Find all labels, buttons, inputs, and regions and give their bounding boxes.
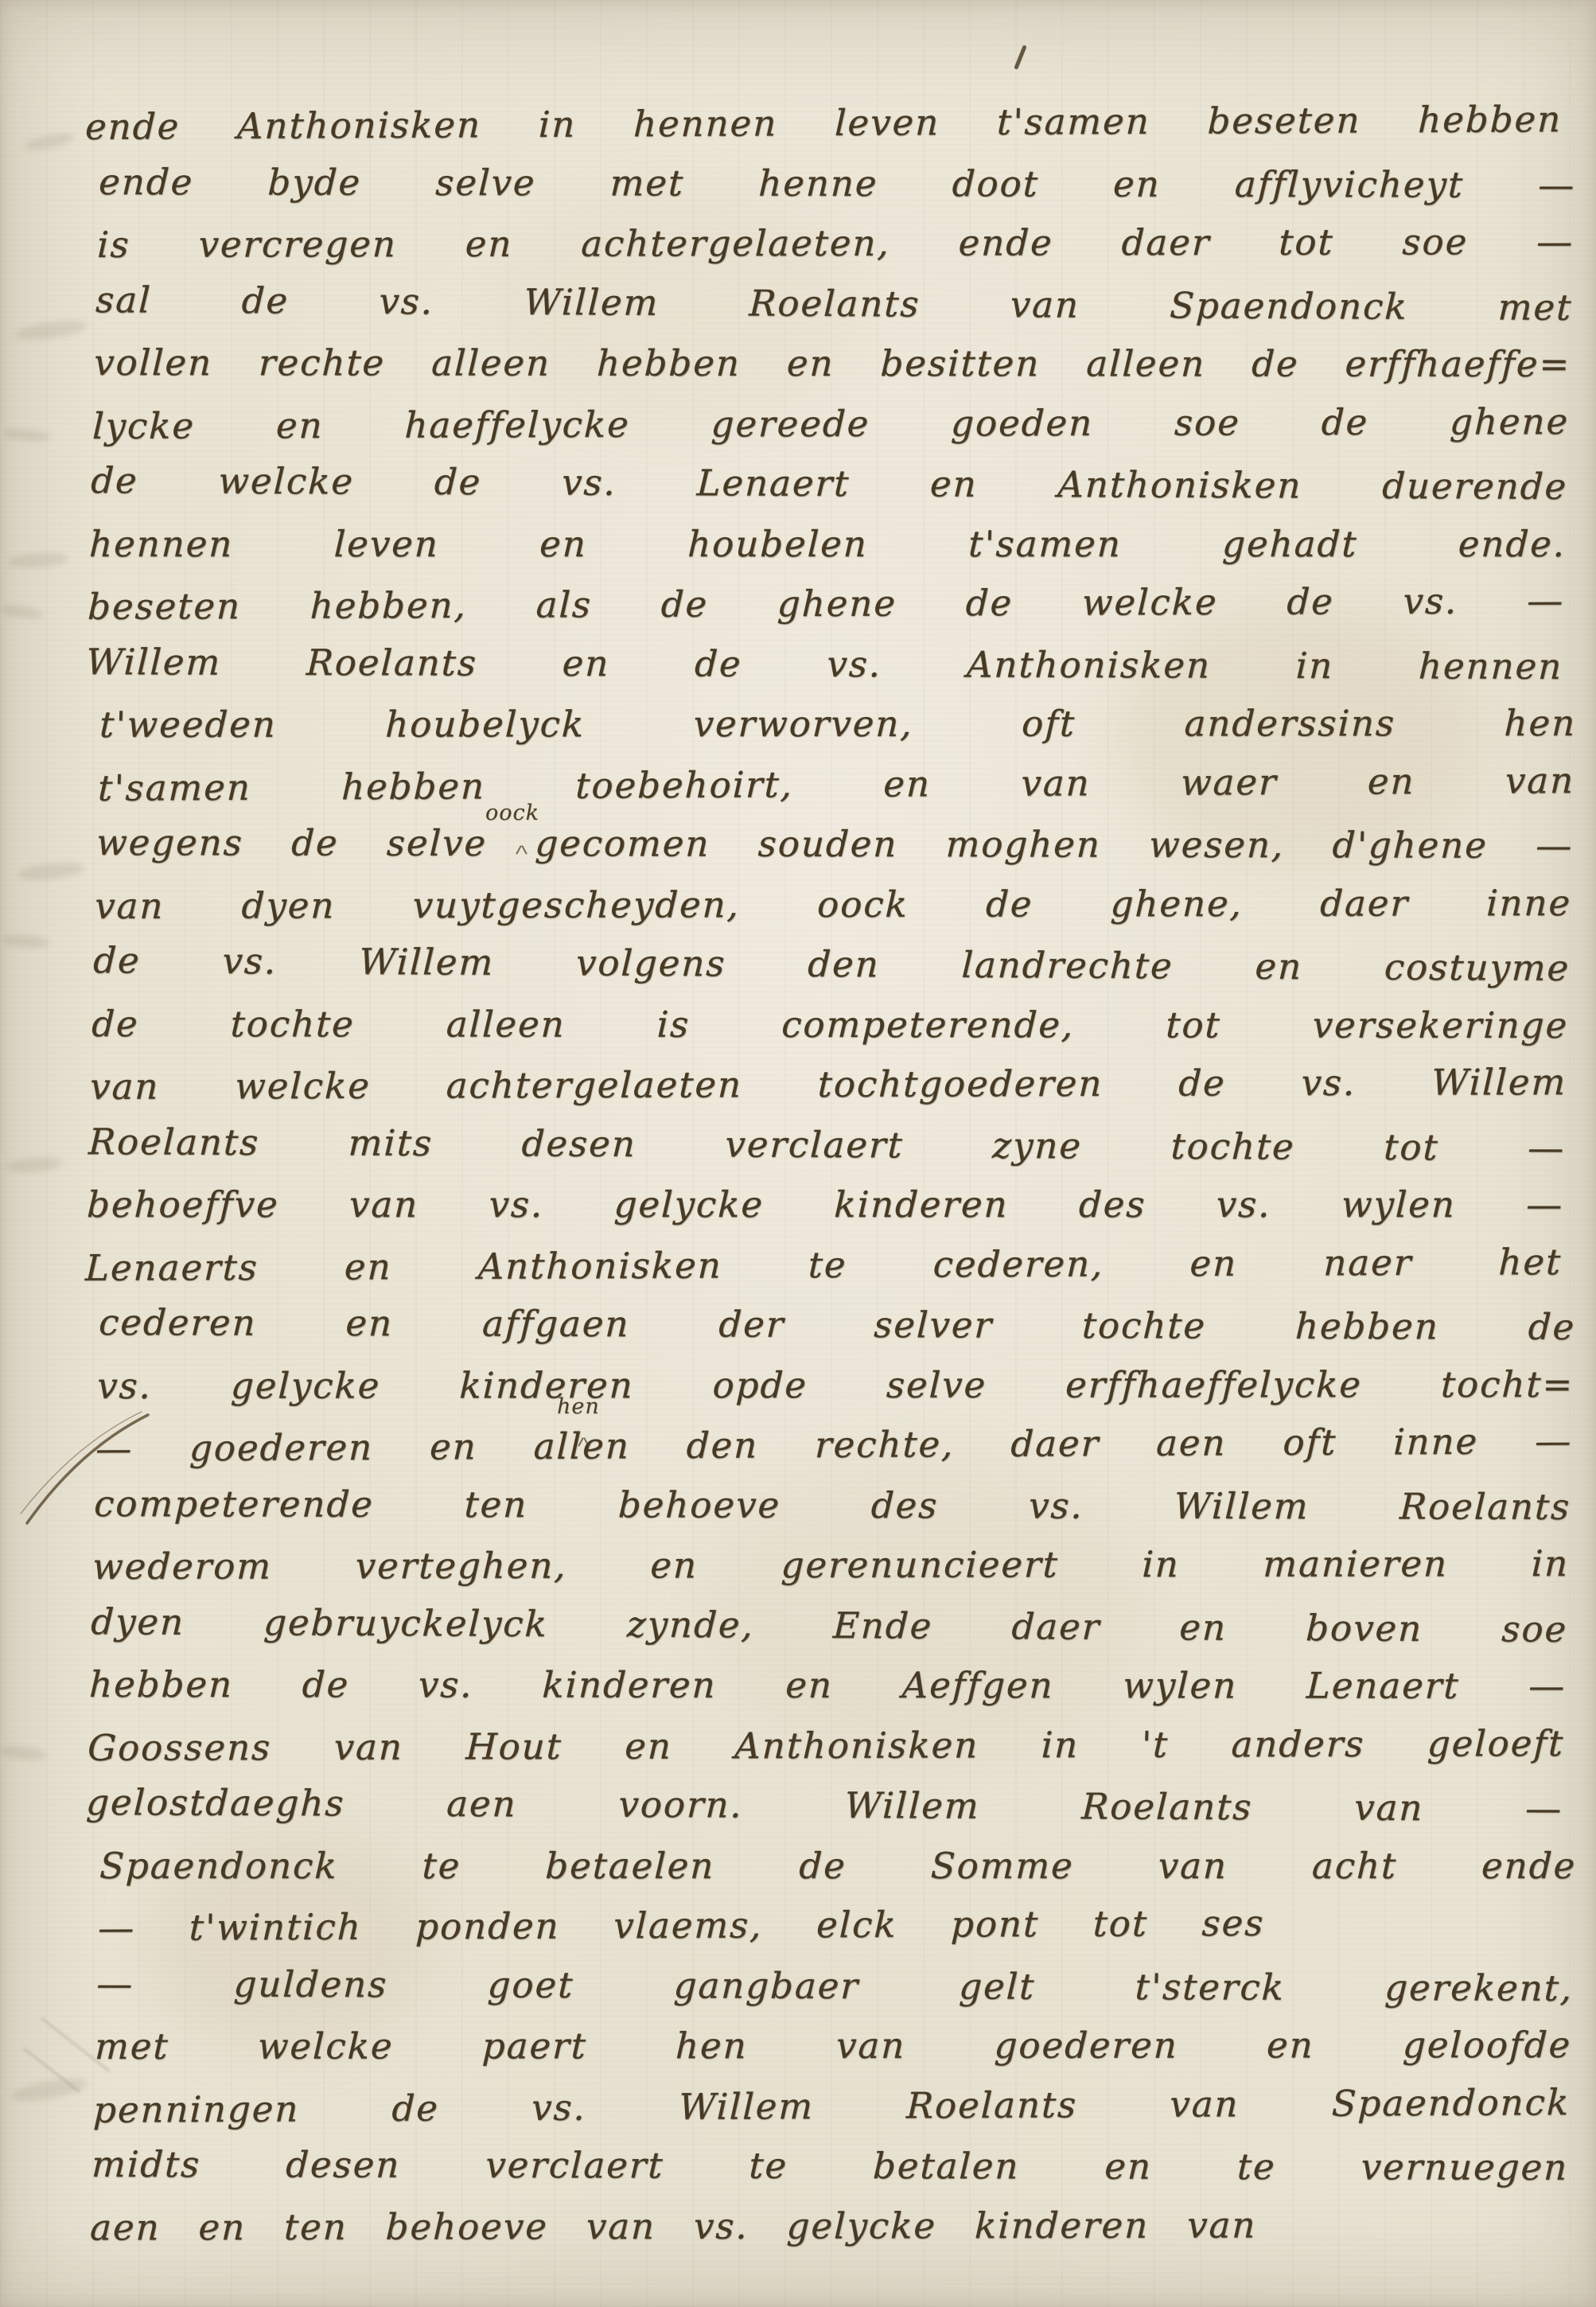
manuscript-line: de tochte alleen is competerende, tot ve…: [91, 1004, 1569, 1057]
manuscript-line: beseten hebben, als de ghene de welcke d…: [87, 581, 1565, 638]
stray-ink-mark: [1014, 45, 1027, 70]
manuscript-line: — guldens goet gangbaer gelt t'sterck ge…: [95, 1964, 1574, 2020]
manuscript-line: de vs. Willem volgens den landrechte en …: [92, 941, 1571, 1000]
interlinear-insertion: hen: [557, 1394, 600, 1419]
manuscript-line: met welcke paert hen van goederen en gel…: [94, 2025, 1572, 2078]
bleed-through-mark: [10, 2075, 88, 2105]
bleed-through-mark: [7, 551, 68, 569]
bleed-through-mark: [0, 1744, 47, 1762]
manuscript-line: sal de vs. Willem Roelants van Spaendonc…: [95, 280, 1574, 339]
bleed-through-mark: [14, 318, 88, 344]
manuscript-line: van welcke achtergelaeten tochtgoederen …: [89, 1062, 1567, 1118]
manuscript-line: wegens de selve gecomen souden moghen we…: [95, 823, 1574, 877]
manuscript-line: van dyen vuytgescheyden, oock de ghene, …: [94, 883, 1572, 937]
manuscript-line: Spaendonck te betaelen de Somme van acht…: [99, 1846, 1577, 1897]
manuscript-line: hebben de vs. kinderen en Aeffgen wylen …: [88, 1665, 1567, 1717]
manuscript-line: Willem Roelants en de vs. Anthonisken in…: [85, 642, 1563, 698]
manuscript-line: wederom verteghen, en gerenuncieert in m…: [91, 1544, 1570, 1598]
manuscript-line: Roelants mits desen verclaert zyne tocht…: [88, 1122, 1566, 1179]
manuscript-line: lycke en haeffelycke gereede goeden soe …: [91, 402, 1570, 458]
manuscript-line: behoeffve van vs. gelycke kinderen des v…: [86, 1185, 1564, 1236]
manuscript-line: is vercregen en achtergelaeten, ende dae…: [96, 222, 1575, 276]
manuscript-line: midts desen verclaert te betalen en te v…: [91, 2145, 1569, 2199]
bleed-through-mark: [23, 131, 76, 154]
manuscript-line: Goossens van Hout en Anthonisken in 't a…: [87, 1724, 1565, 1779]
manuscript-line: gelostdaeghs aen voorn. Willem Roelants …: [85, 1783, 1563, 1840]
manuscript-line: ende byde selve met henne doot en afflyv…: [98, 162, 1576, 216]
manuscript-line: competerende ten behoeve des vs. Willem …: [93, 1484, 1571, 1538]
manuscript-line: cederen en affgaen der selver tochte heb…: [98, 1303, 1576, 1358]
manuscript-line: — goederen en allen den rechte, daer aen…: [95, 1421, 1573, 1480]
manuscript-line: Lenaerts en Anthonisken te cederen, en n…: [84, 1242, 1563, 1300]
bleed-through-mark: [17, 860, 85, 883]
bleed-through-mark: [6, 1155, 62, 1175]
interlinear-insertion: oock: [485, 801, 539, 825]
manuscript-line: t'samen hebben toebehoirt, en van waer e…: [97, 761, 1575, 820]
manuscript-line: hennen leven en houbelen t'samen gehadt …: [88, 524, 1567, 575]
manuscript-line: penningen de vs. Willem Roelants van Spa…: [92, 2083, 1571, 2141]
manuscript-line: vollen rechte alleen hebben en besitten …: [93, 343, 1571, 396]
bleed-through-mark: [0, 603, 44, 620]
bleed-through-mark: [2, 933, 50, 949]
manuscript-line: ende Anthonisken in hennen leven t'samen…: [84, 99, 1563, 158]
manuscript-line: aen en ten behoeve van vs. gelycke kinde…: [89, 2205, 1257, 2258]
manuscript-line: de welcke de vs. Lenaert en Anthonisken …: [90, 461, 1568, 518]
manuscript-line: vs. gelycke kinderen opde selve erffhaef…: [96, 1365, 1575, 1417]
manuscript-line: t'weeden houbelyck verworven, oft anders…: [99, 703, 1577, 756]
manuscript-page: ende Anthonisken in hennen leven t'samen…: [0, 0, 1596, 2307]
manuscript-text-block: ende Anthonisken in hennen leven t'samen…: [92, 103, 1569, 2268]
bleed-through-mark: [3, 427, 52, 442]
manuscript-line: dyen gebruyckelyck zynde, Ende daer en b…: [90, 1602, 1569, 1661]
bleed-through-mark: [23, 2048, 81, 2094]
manuscript-line: — t'wintich ponden vlaems, elck pont tot…: [97, 1904, 1265, 1959]
